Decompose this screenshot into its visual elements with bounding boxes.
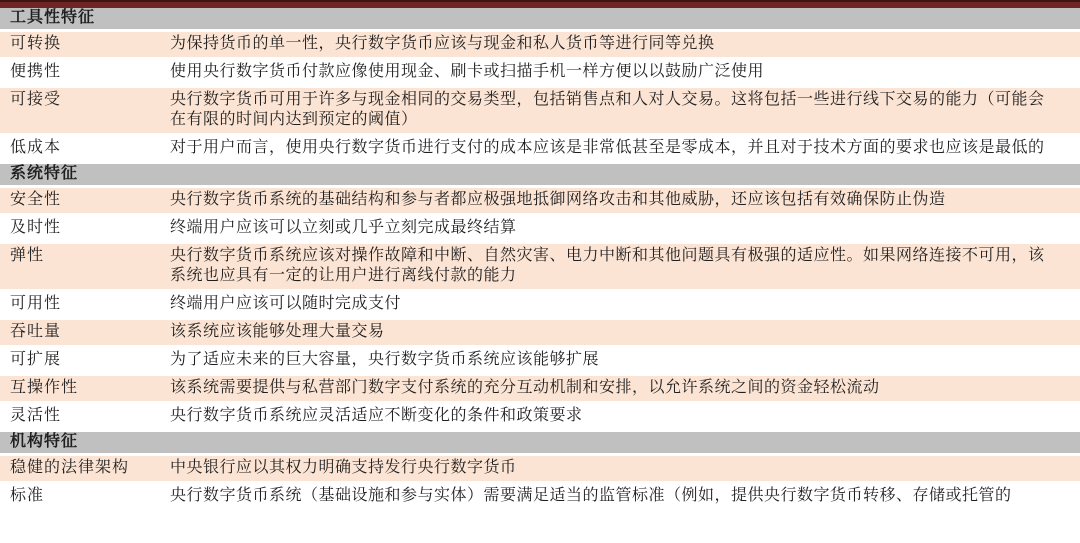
feature-term: 可接受 [0,90,170,110]
feature-desc: 央行数字货币系统应灵活适应不断变化的条件和政策要求 [170,406,1066,426]
cbdc-features-table: 工具性特征可转换为保持货币的单一性，央行数字货币应该与现金和私人货币等进行同等兑… [0,0,1080,543]
feature-term: 吞吐量 [0,322,170,342]
feature-term: 弹性 [0,246,170,266]
feature-term: 灵活性 [0,406,170,426]
feature-row: 低成本对于用户而言，使用央行数字货币进行支付的成本应该是非常低甚至是零成本，并且… [0,136,1080,164]
feature-row: 吞吐量该系统应该能够处理大量交易 [0,320,1080,348]
feature-row: 标准央行数字货币系统（基础设施和参与实体）需要满足适当的监管标准（例如，提供央行… [0,484,1080,512]
feature-row: 可用性终端用户应该可以随时完成支付 [0,292,1080,320]
feature-desc: 该系统应该能够处理大量交易 [170,322,1066,342]
feature-term: 可用性 [0,294,170,314]
feature-term: 安全性 [0,190,170,210]
feature-desc: 终端用户应该可以立刻或几乎立刻完成最终结算 [170,218,1066,238]
section-title: 工具性特征 [0,9,95,27]
feature-row: 便携性使用央行数字货币付款应像使用现金、刷卡或扫描手机一样方便以以鼓励广泛使用 [0,60,1080,88]
feature-desc: 央行数字货币系统应该对操作故障和中断、自然灾害、电力中断和其他问题具有极强的适应… [170,246,1066,286]
feature-term: 稳健的法律架构 [0,458,170,478]
feature-desc: 为了适应未来的巨大容量，央行数字货币系统应该能够扩展 [170,350,1066,370]
feature-desc: 使用央行数字货币付款应像使用现金、刷卡或扫描手机一样方便以以鼓励广泛使用 [170,62,1066,82]
feature-term: 低成本 [0,138,170,158]
feature-term: 可转换 [0,34,170,54]
feature-desc: 央行数字货币可用于许多与现金相同的交易类型，包括销售点和人对人交易。这将包括一些… [170,90,1066,130]
feature-row: 弹性央行数字货币系统应该对操作故障和中断、自然灾害、电力中断和其他问题具有极强的… [0,244,1080,292]
section-header: 机构特征 [0,432,1080,456]
table-body: 工具性特征可转换为保持货币的单一性，央行数字货币应该与现金和私人货币等进行同等兑… [0,8,1080,512]
section-header: 系统特征 [0,164,1080,188]
feature-term: 标准 [0,486,170,506]
feature-desc: 对于用户而言，使用央行数字货币进行支付的成本应该是非常低甚至是零成本，并且对于技… [170,138,1066,158]
table-top-border [0,0,1080,8]
feature-row: 可接受央行数字货币可用于许多与现金相同的交易类型，包括销售点和人对人交易。这将包… [0,88,1080,136]
feature-row: 稳健的法律架构中央银行应以其权力明确支持发行央行数字货币 [0,456,1080,484]
feature-desc: 中央银行应以其权力明确支持发行央行数字货币 [170,458,1066,478]
feature-row: 可扩展为了适应未来的巨大容量，央行数字货币系统应该能够扩展 [0,348,1080,376]
feature-desc: 为保持货币的单一性，央行数字货币应该与现金和私人货币等进行同等兑换 [170,34,1066,54]
feature-desc: 该系统需要提供与私营部门数字支付系统的充分互动机制和安排，以允许系统之间的资金轻… [170,378,1066,398]
feature-row: 及时性终端用户应该可以立刻或几乎立刻完成最终结算 [0,216,1080,244]
feature-term: 便携性 [0,62,170,82]
feature-term: 互操作性 [0,378,170,398]
feature-desc: 央行数字货币系统（基础设施和参与实体）需要满足适当的监管标准（例如，提供央行数字… [170,486,1066,506]
section-title: 机构特征 [0,433,78,451]
feature-desc: 央行数字货币系统的基础结构和参与者都应极强地抵御网络攻击和其他威胁，还应该包括有… [170,190,1066,210]
feature-row: 互操作性该系统需要提供与私营部门数字支付系统的充分互动机制和安排，以允许系统之间… [0,376,1080,404]
feature-row: 可转换为保持货币的单一性，央行数字货币应该与现金和私人货币等进行同等兑换 [0,32,1080,60]
feature-desc: 终端用户应该可以随时完成支付 [170,294,1066,314]
feature-term: 及时性 [0,218,170,238]
feature-row: 灵活性央行数字货币系统应灵活适应不断变化的条件和政策要求 [0,404,1080,432]
section-title: 系统特征 [0,165,78,183]
section-header: 工具性特征 [0,8,1080,32]
feature-row: 安全性央行数字货币系统的基础结构和参与者都应极强地抵御网络攻击和其他威胁，还应该… [0,188,1080,216]
feature-term: 可扩展 [0,350,170,370]
